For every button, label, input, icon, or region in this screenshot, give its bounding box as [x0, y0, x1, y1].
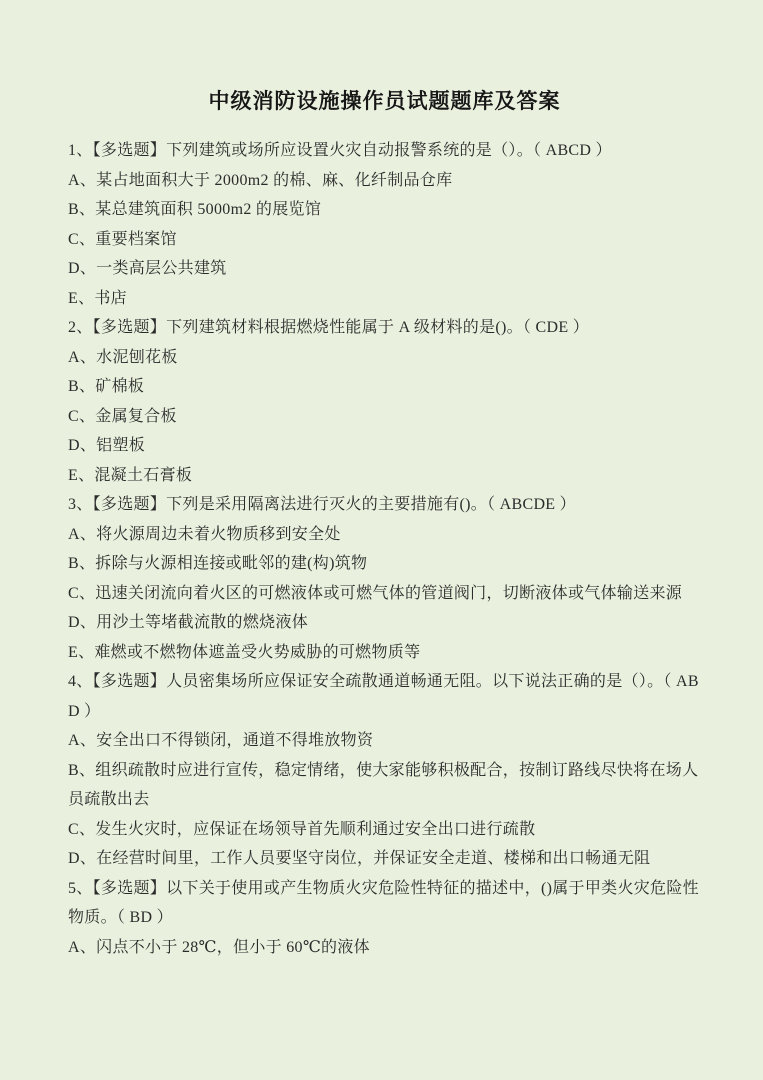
question-1: 1、【多选题】下列建筑或场所应设置火灾自动报警系统的是（）。（ ABCD ） A… [68, 136, 701, 313]
question-2-option-e: E、混凝土石膏板 [68, 461, 701, 491]
question-4-option-b: B、组织疏散时应进行宣传，稳定情绪，使大家能够积极配合，按制订路线尽快将在场人员… [68, 756, 701, 815]
question-3-option-b: B、拆除与火源相连接或毗邻的建(构)筑物 [68, 549, 701, 579]
question-4-stem: 4、【多选题】人员密集场所应保证安全疏散通道畅通无阻。以下说法正确的是（）。（ … [68, 667, 701, 726]
question-3-stem: 3、【多选题】下列是采用隔离法进行灭火的主要措施有()。（ ABCDE ） [68, 490, 701, 520]
question-4: 4、【多选题】人员密集场所应保证安全疏散通道畅通无阻。以下说法正确的是（）。（ … [68, 667, 701, 874]
question-4-option-d: D、在经营时间里，工作人员要坚守岗位，并保证安全走道、楼梯和出口畅通无阻 [68, 844, 701, 874]
question-1-option-d: D、一类高层公共建筑 [68, 254, 701, 284]
question-5: 5、【多选题】以下关于使用或产生物质火灾危险性特征的描述中，()属于甲类火灾危险… [68, 874, 701, 963]
question-1-option-c: C、重要档案馆 [68, 225, 701, 255]
question-3-option-a: A、将火源周边未着火物质移到安全处 [68, 520, 701, 550]
question-3-option-e: E、难燃或不燃物体遮盖受火势威胁的可燃物质等 [68, 638, 701, 668]
question-3-option-c: C、迅速关闭流向着火区的可燃液体或可燃气体的管道阀门，切断液体或气体输送来源 [68, 579, 701, 609]
document-title: 中级消防设施操作员试题题库及答案 [68, 86, 701, 116]
question-2-option-d: D、铝塑板 [68, 431, 701, 461]
question-3-option-d: D、用沙土等堵截流散的燃烧液体 [68, 608, 701, 638]
question-3: 3、【多选题】下列是采用隔离法进行灭火的主要措施有()。（ ABCDE ） A、… [68, 490, 701, 667]
question-2-option-c: C、金属复合板 [68, 402, 701, 432]
question-2-option-b: B、矿棉板 [68, 372, 701, 402]
question-5-stem: 5、【多选题】以下关于使用或产生物质火灾危险性特征的描述中，()属于甲类火灾危险… [68, 874, 701, 933]
question-2-stem: 2、【多选题】下列建筑材料根据燃烧性能属于 A 级材料的是()。（ CDE ） [68, 313, 701, 343]
question-1-option-e: E、书店 [68, 284, 701, 314]
question-4-option-c: C、发生火灾时，应保证在场领导首先顺利通过安全出口进行疏散 [68, 815, 701, 845]
question-1-option-b: B、某总建筑面积 5000m2 的展览馆 [68, 195, 701, 225]
document-page: 中级消防设施操作员试题题库及答案 1、【多选题】下列建筑或场所应设置火灾自动报警… [0, 0, 763, 1080]
question-5-option-a: A、闪点不小于 28℃，但小于 60℃的液体 [68, 933, 701, 963]
question-1-stem: 1、【多选题】下列建筑或场所应设置火灾自动报警系统的是（）。（ ABCD ） [68, 136, 701, 166]
question-4-option-a: A、安全出口不得锁闭，通道不得堆放物资 [68, 726, 701, 756]
question-2-option-a: A、水泥刨花板 [68, 343, 701, 373]
question-1-option-a: A、某占地面积大于 2000m2 的棉、麻、化纤制品仓库 [68, 166, 701, 196]
question-2: 2、【多选题】下列建筑材料根据燃烧性能属于 A 级材料的是()。（ CDE ） … [68, 313, 701, 490]
